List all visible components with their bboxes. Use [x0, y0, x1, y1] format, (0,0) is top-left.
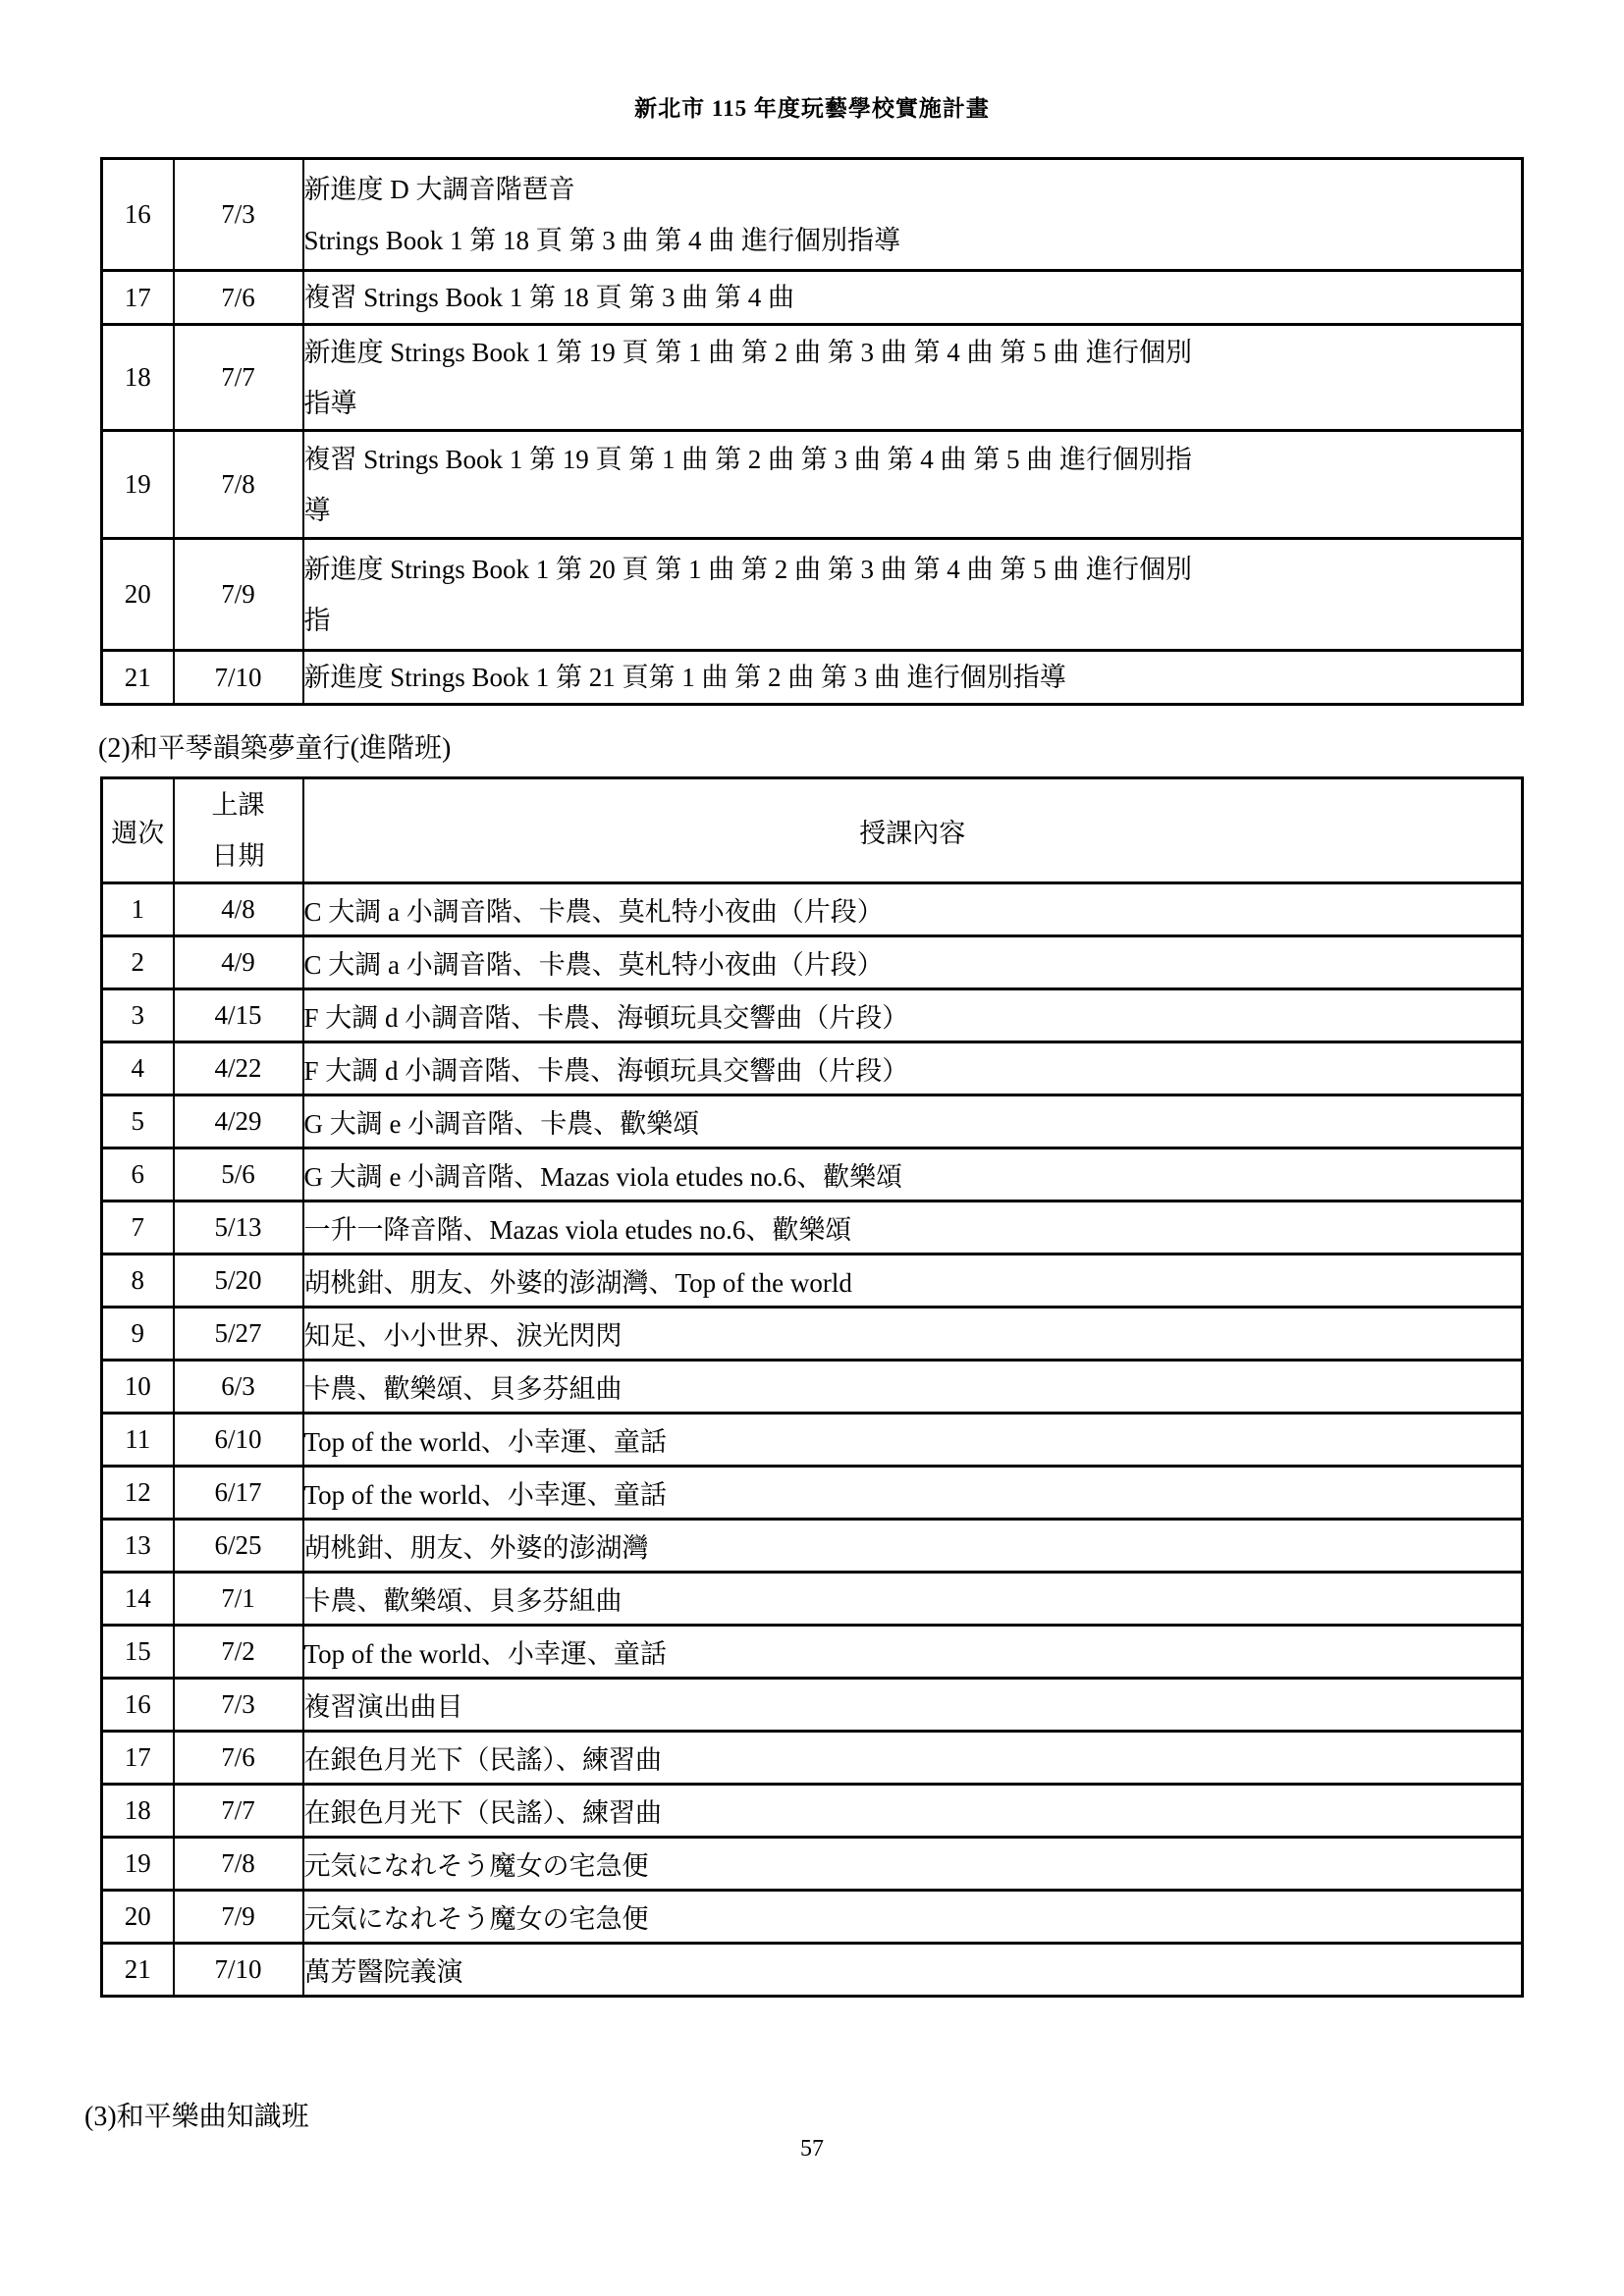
week-cell: 19 — [102, 431, 174, 539]
page-title: 新北市 115 年度玩藝學校實施計畫 — [0, 90, 1624, 123]
content-cell: 胡桃鉗、朋友、外婆的澎湖灣、Top of the world — [303, 1255, 1523, 1308]
date-cell: 5/20 — [174, 1255, 303, 1308]
date-cell: 6/3 — [174, 1361, 303, 1414]
week-cell: 20 — [102, 539, 174, 651]
date-cell: 4/9 — [174, 936, 303, 989]
week-cell: 7 — [102, 1201, 174, 1255]
header-week: 週次 — [102, 778, 174, 883]
content-cell: 新進度 Strings Book 1 第 20 頁 第 1 曲 第 2 曲 第 … — [303, 539, 1523, 651]
table-row: 2 4/9 C 大調 a 小調音階、卡農、莫札特小夜曲（片段） — [102, 936, 1523, 989]
table-row: 9 5/27 知足、小小世界、淚光閃閃 — [102, 1308, 1523, 1361]
week-cell: 10 — [102, 1361, 174, 1414]
content-cell: Top of the world、小幸運、童話 — [303, 1626, 1523, 1679]
table-row: 20 7/9 元気になれそう魔女の宅急便 — [102, 1891, 1523, 1944]
content-cell: 知足、小小世界、淚光閃閃 — [303, 1308, 1523, 1361]
table-row: 17 7/6 在銀色月光下（民謠）、練習曲 — [102, 1732, 1523, 1785]
table-row: 4 4/22 F 大調 d 小調音階、卡農、海頓玩具交響曲（片段） — [102, 1042, 1523, 1095]
date-cell: 4/29 — [174, 1095, 303, 1148]
table-row: 19 7/8 複習 Strings Book 1 第 19 頁 第 1 曲 第 … — [102, 431, 1523, 539]
date-cell: 6/17 — [174, 1467, 303, 1520]
week-cell: 21 — [102, 651, 174, 705]
date-cell: 7/7 — [174, 1785, 303, 1838]
content-cell: 複習 Strings Book 1 第 19 頁 第 1 曲 第 2 曲 第 3… — [303, 431, 1523, 539]
document-page: 新北市 115 年度玩藝學校實施計畫 16 7/3 新進度 D 大調音階琶音 S… — [0, 0, 1624, 2296]
content-cell: 新進度 Strings Book 1 第 19 頁 第 1 曲 第 2 曲 第 … — [303, 325, 1523, 431]
table-row: 1 4/8 C 大調 a 小調音階、卡農、莫札特小夜曲（片段） — [102, 883, 1523, 936]
content-cell: 元気になれそう魔女の宅急便 — [303, 1838, 1523, 1891]
week-cell: 19 — [102, 1838, 174, 1891]
table-row: 16 7/3 新進度 D 大調音階琶音 Strings Book 1 第 18 … — [102, 159, 1523, 271]
content-cell: 在銀色月光下（民謠）、練習曲 — [303, 1732, 1523, 1785]
table-row: 12 6/17 Top of the world、小幸運、童話 — [102, 1467, 1523, 1520]
date-cell: 6/10 — [174, 1414, 303, 1467]
header-content: 授課內容 — [303, 778, 1523, 883]
date-cell: 7/10 — [174, 1944, 303, 1997]
content-cell: 複習演出曲目 — [303, 1679, 1523, 1732]
table-row: 18 7/7 在銀色月光下（民謠）、練習曲 — [102, 1785, 1523, 1838]
date-cell: 7/9 — [174, 1891, 303, 1944]
content-cell: 在銀色月光下（民謠）、練習曲 — [303, 1785, 1523, 1838]
week-cell: 17 — [102, 271, 174, 325]
date-cell: 7/7 — [174, 325, 303, 431]
week-cell: 11 — [102, 1414, 174, 1467]
content-cell: 複習 Strings Book 1 第 18 頁 第 3 曲 第 4 曲 — [303, 271, 1523, 325]
table-row: 10 6/3 卡農、歡樂頌、貝多芬組曲 — [102, 1361, 1523, 1414]
week-cell: 18 — [102, 325, 174, 431]
content-cell: F 大調 d 小調音階、卡農、海頓玩具交響曲（片段） — [303, 1042, 1523, 1095]
content-cell: C 大調 a 小調音階、卡農、莫札特小夜曲（片段） — [303, 883, 1523, 936]
date-cell: 5/27 — [174, 1308, 303, 1361]
table-row: 15 7/2 Top of the world、小幸運、童話 — [102, 1626, 1523, 1679]
week-cell: 21 — [102, 1944, 174, 1997]
content-cell: 一升一降音階、Mazas viola etudes no.6、歡樂頌 — [303, 1201, 1523, 1255]
content-cell: 新進度 Strings Book 1 第 21 頁第 1 曲 第 2 曲 第 3… — [303, 651, 1523, 705]
week-cell: 3 — [102, 989, 174, 1042]
week-cell: 20 — [102, 1891, 174, 1944]
table-row: 11 6/10 Top of the world、小幸運、童話 — [102, 1414, 1523, 1467]
date-cell: 7/2 — [174, 1626, 303, 1679]
week-cell: 5 — [102, 1095, 174, 1148]
week-cell: 6 — [102, 1148, 174, 1201]
header-date: 上課 日期 — [174, 778, 303, 883]
table-row: 18 7/7 新進度 Strings Book 1 第 19 頁 第 1 曲 第… — [102, 325, 1523, 431]
date-cell: 4/8 — [174, 883, 303, 936]
week-cell: 14 — [102, 1573, 174, 1626]
page-number: 57 — [0, 2136, 1624, 2163]
content-cell: 新進度 D 大調音階琶音 Strings Book 1 第 18 頁 第 3 曲… — [303, 159, 1523, 271]
content-cell: F 大調 d 小調音階、卡農、海頓玩具交響曲（片段） — [303, 989, 1523, 1042]
week-cell: 16 — [102, 1679, 174, 1732]
table-row: 21 7/10 萬芳醫院義演 — [102, 1944, 1523, 1997]
table-row: 6 5/6 G 大調 e 小調音階、Mazas viola etudes no.… — [102, 1148, 1523, 1201]
content-cell: Top of the world、小幸運、童話 — [303, 1467, 1523, 1520]
content-cell: G 大調 e 小調音階、卡農、歡樂頌 — [303, 1095, 1523, 1148]
date-cell: 7/9 — [174, 539, 303, 651]
content-cell: C 大調 a 小調音階、卡農、莫札特小夜曲（片段） — [303, 936, 1523, 989]
date-cell: 7/8 — [174, 1838, 303, 1891]
table-row: 13 6/25 胡桃鉗、朋友、外婆的澎湖灣 — [102, 1520, 1523, 1573]
table-row: 14 7/1 卡農、歡樂頌、貝多芬組曲 — [102, 1573, 1523, 1626]
week-cell: 1 — [102, 883, 174, 936]
date-cell: 5/13 — [174, 1201, 303, 1255]
date-cell: 7/8 — [174, 431, 303, 539]
section-2-label: (2)和平琴韻築夢童行(進階班) — [98, 726, 451, 766]
content-cell: 萬芳醫院義演 — [303, 1944, 1523, 1997]
date-cell: 7/6 — [174, 1732, 303, 1785]
table-row: 21 7/10 新進度 Strings Book 1 第 21 頁第 1 曲 第… — [102, 651, 1523, 705]
content-cell: G 大調 e 小調音階、Mazas viola etudes no.6、歡樂頌 — [303, 1148, 1523, 1201]
schedule-table-advanced: 週次 上課 日期 授課內容 1 4/8 C 大調 a 小調音階、卡農、莫札特小夜… — [100, 776, 1524, 1998]
content-cell: 元気になれそう魔女の宅急便 — [303, 1891, 1523, 1944]
table-header-row: 週次 上課 日期 授課內容 — [102, 778, 1523, 883]
table-row: 20 7/9 新進度 Strings Book 1 第 20 頁 第 1 曲 第… — [102, 539, 1523, 651]
date-cell: 7/3 — [174, 159, 303, 271]
table-row: 17 7/6 複習 Strings Book 1 第 18 頁 第 3 曲 第 … — [102, 271, 1523, 325]
section-3-label: (3)和平樂曲知識班 — [84, 2095, 309, 2134]
table-row: 16 7/3 複習演出曲目 — [102, 1679, 1523, 1732]
table-row: 3 4/15 F 大調 d 小調音階、卡農、海頓玩具交響曲（片段） — [102, 989, 1523, 1042]
date-cell: 4/15 — [174, 989, 303, 1042]
date-cell: 7/1 — [174, 1573, 303, 1626]
date-cell: 7/10 — [174, 651, 303, 705]
date-cell: 7/6 — [174, 271, 303, 325]
content-cell: 卡農、歡樂頌、貝多芬組曲 — [303, 1361, 1523, 1414]
week-cell: 4 — [102, 1042, 174, 1095]
table-row: 19 7/8 元気になれそう魔女の宅急便 — [102, 1838, 1523, 1891]
table-row: 8 5/20 胡桃鉗、朋友、外婆的澎湖灣、Top of the world — [102, 1255, 1523, 1308]
week-cell: 13 — [102, 1520, 174, 1573]
week-cell: 15 — [102, 1626, 174, 1679]
date-cell: 6/25 — [174, 1520, 303, 1573]
date-cell: 4/22 — [174, 1042, 303, 1095]
week-cell: 17 — [102, 1732, 174, 1785]
table-row: 7 5/13 一升一降音階、Mazas viola etudes no.6、歡樂… — [102, 1201, 1523, 1255]
content-cell: 卡農、歡樂頌、貝多芬組曲 — [303, 1573, 1523, 1626]
week-cell: 12 — [102, 1467, 174, 1520]
week-cell: 18 — [102, 1785, 174, 1838]
week-cell: 9 — [102, 1308, 174, 1361]
schedule-table-beginner-continued: 16 7/3 新進度 D 大調音階琶音 Strings Book 1 第 18 … — [100, 157, 1524, 706]
week-cell: 8 — [102, 1255, 174, 1308]
date-cell: 7/3 — [174, 1679, 303, 1732]
table-row: 5 4/29 G 大調 e 小調音階、卡農、歡樂頌 — [102, 1095, 1523, 1148]
date-cell: 5/6 — [174, 1148, 303, 1201]
week-cell: 16 — [102, 159, 174, 271]
content-cell: Top of the world、小幸運、童話 — [303, 1414, 1523, 1467]
content-cell: 胡桃鉗、朋友、外婆的澎湖灣 — [303, 1520, 1523, 1573]
week-cell: 2 — [102, 936, 174, 989]
